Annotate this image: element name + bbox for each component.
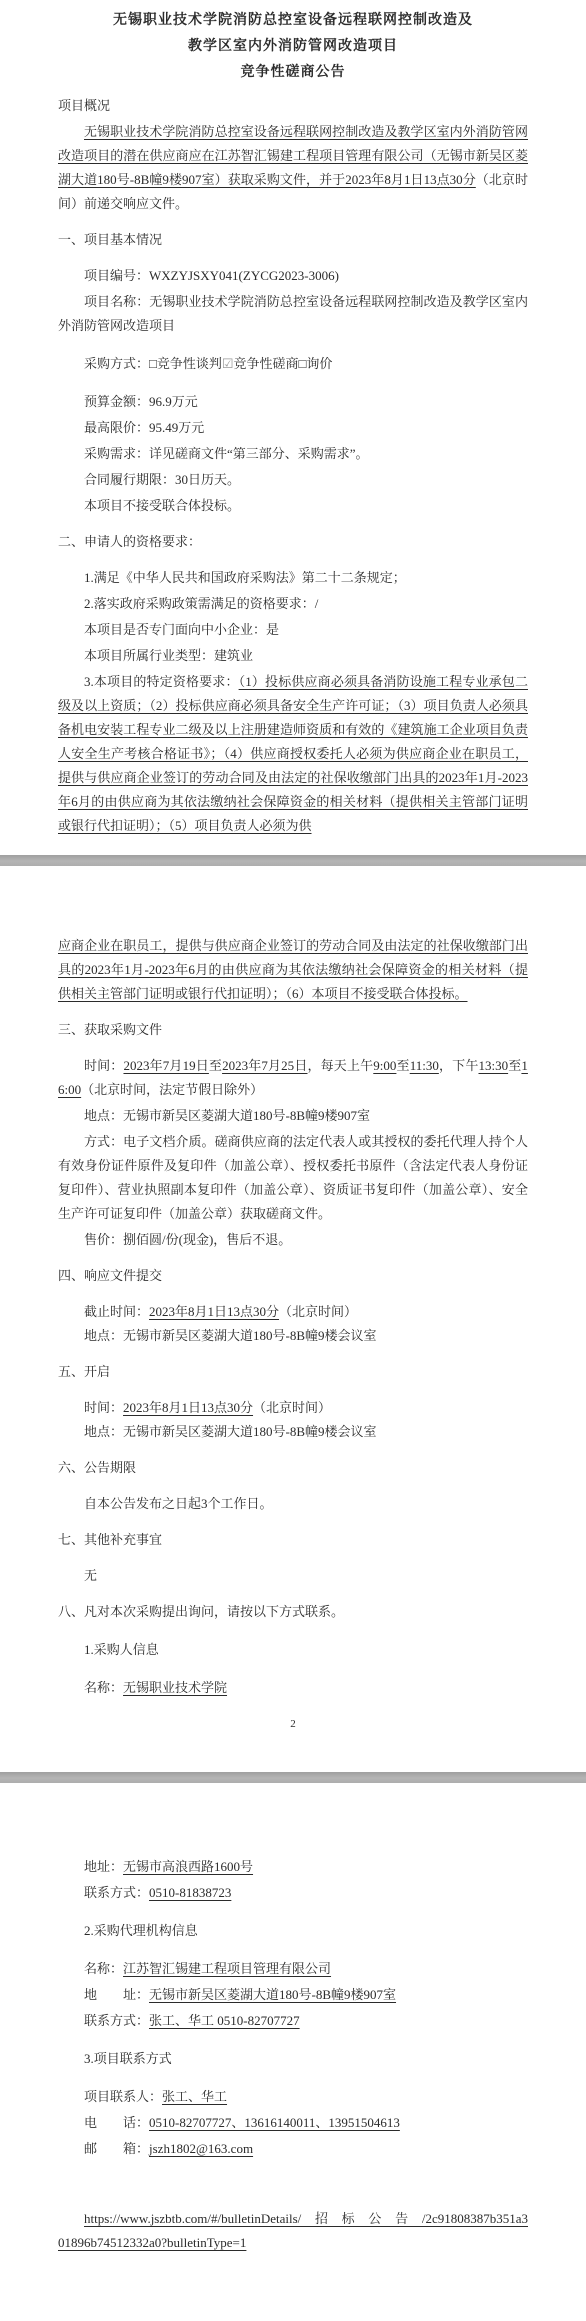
- paragraph: 项目编号：WXZYJSXY041(ZYCG2023-3006): [58, 264, 528, 288]
- underlined-text: 无锡职业技术学院消防总控室设备远程联网控制改造及教学区室内外消防管网改造项目的潜…: [58, 124, 528, 187]
- paragraph: 四、响应文件提交: [58, 1264, 528, 1288]
- underlined-text: 江苏智汇锡建工程项目管理有限公司: [123, 1961, 331, 1976]
- underlined-text: 张工、华工 0510-82707727: [149, 2013, 300, 2028]
- underlined-text: 13:30: [478, 1058, 508, 1073]
- text: 电 话：: [84, 2115, 149, 2130]
- page-divider: [0, 855, 586, 866]
- text: 时间：: [84, 1058, 123, 1073]
- text: （北京时间）: [253, 1400, 331, 1415]
- paragraph: 地点：无锡市新吴区菱湖大道180号-8B幢9楼会议室: [58, 1420, 528, 1444]
- paragraph: 方式：电子文档介质。磋商供应商的法定代表人或其授权的委托代理人持个人有效身份证件…: [58, 1130, 528, 1226]
- paragraph: 三、获取采购文件: [58, 1018, 528, 1042]
- paragraph: 地点：无锡市新吴区菱湖大道180号-8B幢9楼907室: [58, 1104, 528, 1128]
- text: 无: [84, 1568, 97, 1583]
- paragraph: 最高限价：95.49万元: [58, 416, 528, 440]
- text: 本项目是否专门面向中小企业：是: [84, 622, 279, 637]
- paragraph: 采购需求：详见磋商文件“第三部分、采购需求”。: [58, 442, 528, 466]
- paragraph: 联系方式：张工、华工 0510-82707727: [58, 2009, 528, 2033]
- underlined-text: https://www.jszbtb.com/#/bulletinDetails…: [58, 2211, 528, 2250]
- paragraph: 地 址：无锡市新吴区菱湖大道180号-8B幢9楼907室: [58, 1983, 528, 2007]
- paragraph: 项目概况: [58, 94, 528, 118]
- paragraph: 五、开启: [58, 1360, 528, 1384]
- paragraph: 项目联系人：张工、华工: [58, 2085, 528, 2109]
- text: 售价：捌佰圆/份(现金)，售后不退。: [84, 1232, 291, 1247]
- paragraph: 3.本项目的特定资格要求：（1）投标供应商必须具备消防设施工程专业承包二级及以上…: [58, 670, 528, 838]
- paragraph: 一、项目基本情况: [58, 228, 528, 252]
- text: 至: [396, 1058, 409, 1073]
- page-divider: [0, 1772, 586, 1783]
- underlined-text: （1）投标供应商必须具备消防设施工程专业承包二级及以上资质；（2）投标供应商必须…: [58, 674, 528, 833]
- text: 三、获取采购文件: [58, 1022, 162, 1037]
- text: 地点：无锡市新吴区菱湖大道180号-8B幢9楼907室: [84, 1108, 370, 1123]
- page-1-body: 项目概况无锡职业技术学院消防总控室设备远程联网控制改造及教学区室内外消防管网改造…: [58, 94, 528, 838]
- document-title-line-2: 教学区室内外消防管网改造项目: [58, 34, 528, 60]
- paragraph: 采购方式：□竞争性谈判☑竞争性磋商□询价: [58, 352, 528, 376]
- paragraph: 时间：2023年8月1日13点30分（北京时间）: [58, 1396, 528, 1420]
- paragraph: 自本公告发布之日起3个工作日。: [58, 1492, 528, 1516]
- text: 项目概况: [58, 98, 110, 113]
- document-page-2: 应商企业在职员工，提供与供应商企业签订的劳动合同及由法定的社保收缴部门出具的20…: [0, 866, 586, 1772]
- text: 本项目不接受联合体投标。: [84, 498, 240, 513]
- text: 2.采购代理机构信息: [84, 1923, 198, 1938]
- paragraph: 地点：无锡市新吴区菱湖大道180号-8B幢9楼会议室: [58, 1324, 528, 1348]
- underlined-text: 无锡市新吴区菱湖大道180号-8B幢9楼907室: [149, 1987, 396, 2002]
- text: 地 址：: [84, 1987, 149, 2002]
- text: 自本公告发布之日起3个工作日。: [84, 1496, 273, 1511]
- document-page-3: 地址：无锡市高浪西路1600号联系方式：0510-818387232.采购代理机…: [0, 1783, 586, 2321]
- text: 联系方式：: [84, 1885, 149, 1900]
- underlined-text: 2023年7月25日: [222, 1058, 307, 1073]
- page-2-body: 应商企业在职员工，提供与供应商企业签订的劳动合同及由法定的社保收缴部门出具的20…: [58, 934, 528, 1700]
- paragraph: 无锡职业技术学院消防总控室设备远程联网控制改造及教学区室内外消防管网改造项目的潜…: [58, 120, 528, 216]
- document-title-line-1: 无锡职业技术学院消防总控室设备远程联网控制改造及: [58, 8, 528, 34]
- text: 地点：无锡市新吴区菱湖大道180号-8B幢9楼会议室: [84, 1328, 377, 1343]
- text: ☑: [222, 356, 234, 371]
- paragraph: 应商企业在职员工，提供与供应商企业签订的劳动合同及由法定的社保收缴部门出具的20…: [58, 934, 528, 1006]
- underlined-text: 应商企业在职员工，提供与供应商企业签订的劳动合同及由法定的社保收缴部门出具的20…: [58, 938, 528, 1001]
- text: 合同履行期限：30日历天。: [84, 472, 240, 487]
- text: 名称：: [84, 1961, 123, 1976]
- underlined-text: 无锡市高浪西路1600号: [123, 1859, 253, 1874]
- text: 3.本项目的特定资格要求：: [84, 674, 239, 689]
- text: 竞争性磋商□询价: [234, 356, 333, 371]
- text: 1.采购人信息: [84, 1642, 159, 1657]
- paragraph: 1.满足《中华人民共和国政府采购法》第二十二条规定；: [58, 566, 528, 590]
- text: 至: [209, 1058, 222, 1073]
- text: （北京时间，法定节假日除外）: [81, 1082, 263, 1097]
- paragraph: 时间：2023年7月19日至2023年7月25日，每天上午9:00至11:30，…: [58, 1054, 528, 1102]
- text: 最高限价：95.49万元: [84, 420, 204, 435]
- text: 项目联系人：: [84, 2089, 162, 2104]
- paragraph: 邮 箱：jszh1802@163.com: [58, 2137, 528, 2161]
- text: 邮 箱：: [84, 2141, 149, 2156]
- paragraph: 本项目所属行业类型：建筑业: [58, 644, 528, 668]
- paragraph: 名称：无锡职业技术学院: [58, 1676, 528, 1700]
- text: 至: [508, 1058, 521, 1073]
- paragraph: 2.采购代理机构信息: [58, 1919, 528, 1943]
- text: 四、响应文件提交: [58, 1268, 162, 1283]
- text: 五、开启: [58, 1364, 110, 1379]
- text: ，下午: [439, 1058, 479, 1073]
- text: 采购需求：详见磋商文件“第三部分、采购需求”。: [84, 446, 369, 461]
- paragraph: 电 话：0510-82707727、13616140011、1395150461…: [58, 2111, 528, 2135]
- text: 采购方式：□竞争性谈判: [84, 356, 222, 371]
- text: 地点：无锡市新吴区菱湖大道180号-8B幢9楼会议室: [84, 1424, 377, 1439]
- paragraph: 预算金额：96.9万元: [58, 390, 528, 414]
- underlined-text: 张工、华工: [162, 2089, 227, 2104]
- text: 名称：: [84, 1680, 123, 1695]
- text: 方式：电子文档介质。磋商供应商的法定代表人或其授权的委托代理人持个人有效身份证件…: [58, 1134, 528, 1221]
- underlined-text: 9:00: [373, 1058, 396, 1073]
- paragraph: 无: [58, 1564, 528, 1588]
- text: 本项目所属行业类型：建筑业: [84, 648, 253, 663]
- underlined-text: 2023年8月1日13点30分: [123, 1400, 253, 1415]
- paragraph: 项目名称：无锡职业技术学院消防总控室设备远程联网控制改造及教学区室内外消防管网改…: [58, 290, 528, 338]
- paragraph: 地址：无锡市高浪西路1600号: [58, 1855, 528, 1879]
- paragraph: 本项目是否专门面向中小企业：是: [58, 618, 528, 642]
- underlined-text: 0510-82707727、13616140011、13951504613: [149, 2115, 400, 2130]
- underlined-text: jszh1802@163.com: [149, 2141, 253, 2156]
- page-3-body: 地址：无锡市高浪西路1600号联系方式：0510-818387232.采购代理机…: [58, 1855, 528, 2255]
- paragraph: 2.落实政府采购政策需满足的资格要求：/: [58, 592, 528, 616]
- text: 六、公告期限: [58, 1460, 136, 1475]
- underlined-text: 2023年7月19日: [123, 1058, 208, 1073]
- text: 1.满足《中华人民共和国政府采购法》第二十二条规定；: [84, 570, 406, 585]
- text: 时间：: [84, 1400, 123, 1415]
- document-subtitle: 竞争性磋商公告: [58, 60, 528, 86]
- paragraph: 联系方式：0510-81838723: [58, 1881, 528, 1905]
- underlined-text: 0510-81838723: [149, 1885, 231, 1900]
- text: 一、项目基本情况: [58, 232, 162, 247]
- underlined-text: 2023年8月1日13点30分: [149, 1304, 279, 1319]
- text: 项目编号：WXZYJSXY041(ZYCG2023-3006): [84, 268, 339, 283]
- text: 2.落实政府采购政策需满足的资格要求：/: [84, 596, 318, 611]
- page-number: 2: [58, 1714, 528, 1734]
- underlined-text: 无锡职业技术学院: [123, 1680, 227, 1695]
- paragraph: 二、申请人的资格要求：: [58, 530, 528, 554]
- text: 预算金额：96.9万元: [84, 394, 198, 409]
- text: ，每天上午: [308, 1058, 374, 1073]
- text: 3.项目联系方式: [84, 2051, 172, 2066]
- paragraph: 本项目不接受联合体投标。: [58, 494, 528, 518]
- paragraph: 名称：江苏智汇锡建工程项目管理有限公司: [58, 1957, 528, 1981]
- text: 地址：: [84, 1859, 123, 1874]
- paragraph: 截止时间：2023年8月1日13点30分（北京时间）: [58, 1300, 528, 1324]
- document-header: 无锡职业技术学院消防总控室设备远程联网控制改造及 教学区室内外消防管网改造项目 …: [58, 8, 528, 86]
- document-viewer: 无锡职业技术学院消防总控室设备远程联网控制改造及 教学区室内外消防管网改造项目 …: [0, 0, 586, 2321]
- announcement-url[interactable]: https://www.jszbtb.com/#/bulletinDetails…: [58, 2207, 528, 2255]
- text: （北京时间）: [279, 1304, 357, 1319]
- paragraph: 七、其他补充事宜: [58, 1528, 528, 1552]
- paragraph: 六、公告期限: [58, 1456, 528, 1480]
- text: 二、申请人的资格要求：: [58, 534, 201, 549]
- text: 项目名称：无锡职业技术学院消防总控室设备远程联网控制改造及教学区室内外消防管网改…: [58, 294, 528, 333]
- paragraph: 售价：捌佰圆/份(现金)，售后不退。: [58, 1228, 528, 1252]
- text: 截止时间：: [84, 1304, 149, 1319]
- paragraph: 八、凡对本次采购提出询问，请按以下方式联系。: [58, 1600, 528, 1624]
- paragraph: 合同履行期限：30日历天。: [58, 468, 528, 492]
- document-page-1: 无锡职业技术学院消防总控室设备远程联网控制改造及 教学区室内外消防管网改造项目 …: [0, 0, 586, 855]
- text: 联系方式：: [84, 2013, 149, 2028]
- text: 八、凡对本次采购提出询问，请按以下方式联系。: [58, 1604, 344, 1619]
- paragraph: 3.项目联系方式: [58, 2047, 528, 2071]
- paragraph: 1.采购人信息: [58, 1638, 528, 1662]
- text: 七、其他补充事宜: [58, 1532, 162, 1547]
- underlined-text: 11:30: [410, 1058, 439, 1073]
